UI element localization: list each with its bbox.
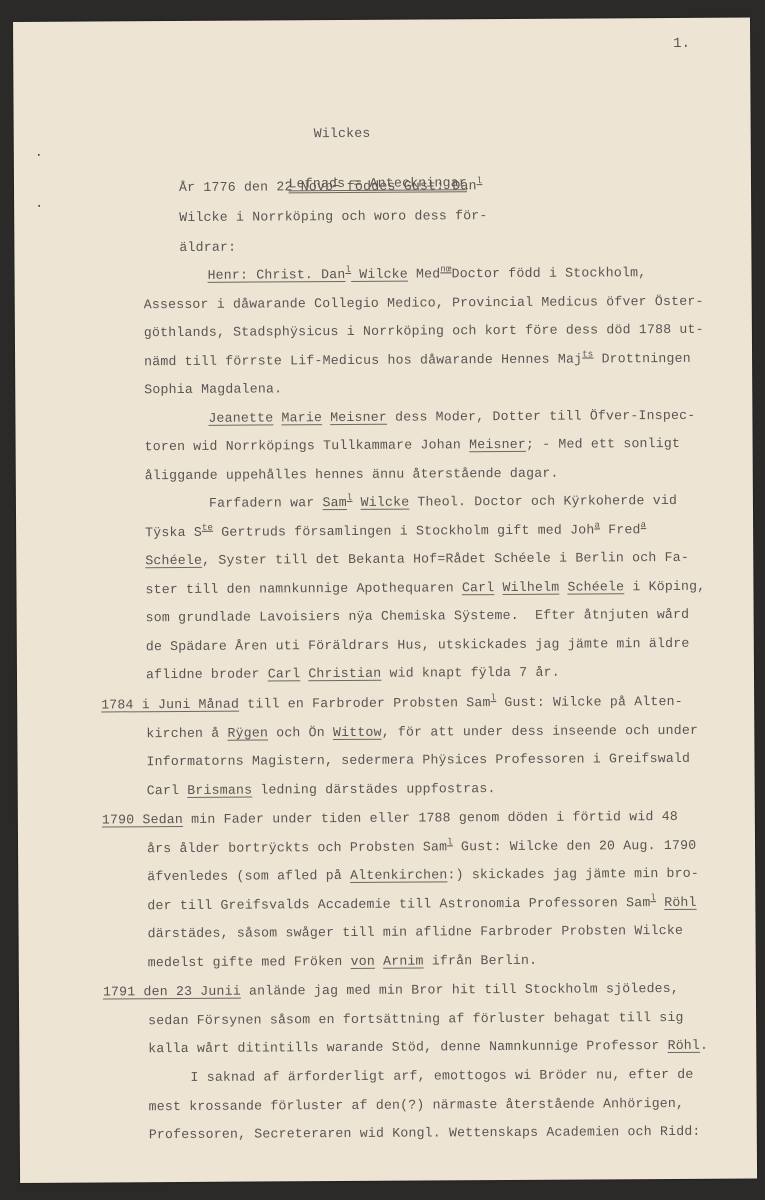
underlined-name: Röhl	[668, 1038, 701, 1053]
text-line: Assessor i dåwarande Collegio Medico, Pr…	[144, 292, 704, 315]
text-segment: aflidne broder	[146, 666, 268, 682]
underlined-name: Meisner	[330, 410, 387, 425]
text-line: Schéele, Syster till det Bekanta Hof=Råd…	[145, 548, 689, 571]
text-line: medelst gifte med Fröken von Arnim ifrån…	[148, 951, 538, 973]
text-segment	[559, 580, 567, 595]
text-segment: kirchen å	[146, 726, 227, 741]
text-line: mest krossande förluster af den(?) närma…	[149, 1094, 685, 1117]
page-number: 1.	[673, 36, 690, 52]
underlined-name: Arnim	[383, 954, 424, 969]
superscript-abbrev: l	[477, 176, 483, 186]
underlined-name: Carl	[268, 666, 301, 681]
text-segment: års ålder bortrÿckts och Probsten Sam	[147, 839, 447, 856]
text-segment: der till Greifsvalds Accademie till Astr…	[147, 895, 650, 913]
text-segment: Drottningen	[593, 351, 690, 367]
text-segment: Carl	[147, 783, 188, 798]
text-segment: sedan Försynen såsom en fortsättning af …	[148, 1010, 684, 1028]
text-line: Jeanette Marie Meisner dess Moder, Dotte…	[208, 406, 695, 429]
text-segment	[322, 410, 330, 425]
text-line: Tÿska Ste Gertruds församlingen i Stockh…	[145, 520, 646, 543]
text-line: Farfadern war Saml Wilcke Theol. Doctor …	[209, 491, 677, 514]
underlined-name: Rÿgen	[227, 725, 268, 740]
text-segment	[273, 410, 281, 425]
text-line: Carl Brismans ledning därstädes uppfostr…	[147, 779, 496, 801]
text-line: äfvenledes (som afled på Altenkirchen:) …	[147, 864, 699, 887]
text-segment: Wilcke i Norrköping och woro dess för-	[179, 208, 487, 225]
text-segment: dess Moder, Dotter till Öfver-Inspec-	[387, 408, 695, 425]
text-segment	[494, 580, 502, 595]
text-segment: Theol. Doctor och Kÿrkoherde vid	[409, 493, 677, 510]
text-segment: åliggande uppehålles hennes ännu återstå…	[145, 466, 559, 484]
text-segment: Fred	[600, 522, 641, 537]
text-line: års ålder bortrÿckts och Probsten Saml G…	[147, 836, 696, 859]
underlined-name: Christian	[308, 666, 381, 681]
text-segment: I saknad af ärforderligt arf, emottogos …	[190, 1067, 693, 1085]
document-body: År 1776 den 22 Novbr föddes Gust: DanlWi…	[13, 17, 750, 22]
text-segment: Professoren, Secreteraren wid Kongl. Wet…	[149, 1124, 701, 1142]
text-segment: ; - Med ett sonligt	[526, 436, 680, 452]
text-line: nämd till förrste Lif-Medicus hos dåwara…	[144, 349, 691, 372]
text-segment: ster till den namnkunnige Apothequaren	[145, 580, 462, 597]
text-segment: och Ön	[268, 725, 333, 740]
text-segment: Tÿska S	[145, 525, 202, 540]
text-line: ster till den namnkunnige Apothequaren C…	[145, 577, 705, 600]
text-line: Wilcke i Norrköping och woro dess för-	[179, 206, 487, 228]
text-segment: äldrar:	[179, 240, 236, 255]
text-line: de Spädare Åren uti Föräldrars Hus, utsk…	[146, 634, 690, 657]
text-segment: därstädes, såsom swåger till min aflidne…	[148, 923, 684, 941]
underlined-name: 1790 Sedan	[102, 812, 183, 827]
document-page: 1. Wilckes Lefnads = Anteckningar År 177…	[13, 17, 757, 1182]
underlined-name: Wilcke	[351, 267, 408, 282]
text-line: I saknad af ärforderligt arf, emottogos …	[190, 1065, 693, 1088]
margin-dot	[38, 154, 40, 156]
text-segment: Informatorns Magistern, sedermera Phÿsic…	[146, 751, 690, 769]
text-segment	[656, 895, 664, 910]
text-segment: , för att under dess inseende och under	[382, 723, 699, 740]
text-segment: År 1776 den 22 Novb	[179, 179, 333, 195]
text-line: kirchen å Rÿgen och Ön Wittow, för att u…	[146, 721, 698, 744]
text-line: göthlands, Stadsphÿsicus i Norrköping oc…	[144, 320, 704, 343]
text-segment: Farfadern war	[209, 495, 323, 511]
text-segment: , Syster till det Bekanta Hof=Rådet Sché…	[202, 550, 689, 568]
underlined-name: Carl	[462, 580, 495, 595]
text-segment: de Spädare Åren uti Föräldrars Hus, utsk…	[146, 636, 690, 654]
text-line: 1791 den 23 Junii anlände jag med min Br…	[103, 979, 679, 1003]
text-segment: Med	[408, 266, 441, 281]
text-line: Professoren, Secreteraren wid Kongl. Wet…	[149, 1122, 701, 1145]
text-segment: i Köping,	[624, 579, 705, 594]
underlined-name: Wittow	[333, 725, 382, 740]
text-segment: Gertruds församlingen i Stockholm gift m…	[213, 522, 594, 539]
text-line: äldrar:	[179, 238, 236, 258]
text-segment: mest krossande förluster af den(?) närma…	[149, 1096, 685, 1114]
underlined-name: von	[351, 954, 375, 969]
text-line: toren wid Norrköpings Tullkammare Johan …	[145, 434, 681, 457]
superscript-abbrev: ts	[582, 349, 593, 359]
text-segment: .	[700, 1038, 708, 1053]
text-segment: Assessor i dåwarande Collegio Medico, Pr…	[144, 294, 704, 312]
underlined-name: 1784 i Juni Månad	[101, 697, 239, 713]
text-segment: föddes Gust: Dan	[339, 178, 477, 194]
text-segment: Sophia Magdalena.	[144, 381, 282, 397]
underlined-name: Schéele	[567, 579, 624, 594]
text-line: der till Greifsvalds Accademie till Astr…	[147, 893, 696, 916]
text-segment: Gust: Wilcke på Alten-	[496, 694, 683, 710]
underlined-name: Sam	[322, 495, 346, 510]
underlined-name: 1791 den 23 Junii	[103, 984, 241, 1000]
underlined-name: Schéele	[145, 553, 202, 568]
underlined-name: Altenkirchen	[350, 867, 447, 883]
text-line: Informatorns Magistern, sedermera Phÿsic…	[146, 749, 690, 772]
text-line: 1790 Sedan min Fader under tiden eller 1…	[102, 807, 678, 831]
underlined-name: Röhl	[664, 895, 697, 910]
document-heading: Wilckes	[314, 124, 371, 144]
text-segment: :) skickades jag jämte min bro-	[447, 866, 699, 883]
superscript-abbrev: te	[202, 523, 213, 533]
text-segment: ifrån Berlin.	[424, 953, 538, 969]
text-segment: medelst gifte med Fröken	[148, 954, 351, 970]
text-line: sedan Försynen såsom en fortsättning af …	[148, 1008, 684, 1031]
text-line: Henr: Christ. Danl Wilcke MednœDoctor fö…	[207, 263, 646, 286]
superscript-abbrev: a	[641, 520, 647, 530]
text-line: som grundlade Lavoisiers nÿa Chemiska Sÿ…	[146, 605, 690, 628]
text-segment: som grundlade Lavoisiers nÿa Chemiska Sÿ…	[146, 607, 690, 625]
text-segment: äfvenledes (som afled på	[147, 868, 350, 884]
text-line: År 1776 den 22 Novbr föddes Gust: Danl	[179, 176, 482, 198]
text-segment	[352, 495, 360, 510]
text-segment: nämd till förrste Lif-Medicus hos dåwara…	[144, 352, 582, 370]
text-segment: ledning därstädes uppfostras.	[252, 781, 496, 797]
text-segment: wid knapt fÿlda 7 år.	[381, 665, 560, 681]
text-segment: Doctor född i Stockholm,	[452, 265, 647, 281]
superscript-abbrev: nœ	[440, 264, 451, 274]
underlined-name: Marie	[281, 410, 322, 425]
text-segment: anlände jag med min Bror hit till Stockh…	[241, 981, 679, 999]
text-segment: Gust: Wilcke den 20 Aug. 1790	[453, 838, 697, 854]
text-line: därstädes, såsom swåger till min aflidne…	[148, 921, 684, 944]
margin-dot	[38, 205, 40, 207]
text-line: aflidne broder Carl Christian wid knapt …	[146, 663, 560, 686]
text-line: åliggande uppehålles hennes ännu återstå…	[145, 464, 559, 487]
underlined-name: Brismans	[187, 783, 252, 798]
underlined-name: Henr: Christ. Dan	[208, 267, 346, 283]
text-line: kalla wårt ditintills warande Stöd, denn…	[148, 1036, 708, 1059]
text-segment: göthlands, Stadsphÿsicus i Norrköping oc…	[144, 322, 704, 340]
text-segment: till en Farbroder Probsten Sam	[239, 695, 491, 712]
underlined-name: Jeanette	[208, 410, 273, 425]
underlined-name: Meisner	[469, 437, 526, 452]
text-segment: kalla wårt ditintills warande Stöd, denn…	[148, 1038, 667, 1056]
underlined-name: Wilcke	[361, 495, 410, 510]
document-subheading: Lefnads = Anteckningar	[256, 153, 467, 174]
text-line: 1784 i Juni Månad till en Farbroder Prob…	[101, 692, 683, 716]
text-segment: min Fader under tiden eller 1788 genom d…	[183, 809, 678, 827]
text-line: Sophia Magdalena.	[144, 379, 282, 400]
underlined-name: Wilhelm	[502, 580, 559, 595]
text-segment: toren wid Norrköpings Tullkammare Johan	[145, 437, 470, 454]
